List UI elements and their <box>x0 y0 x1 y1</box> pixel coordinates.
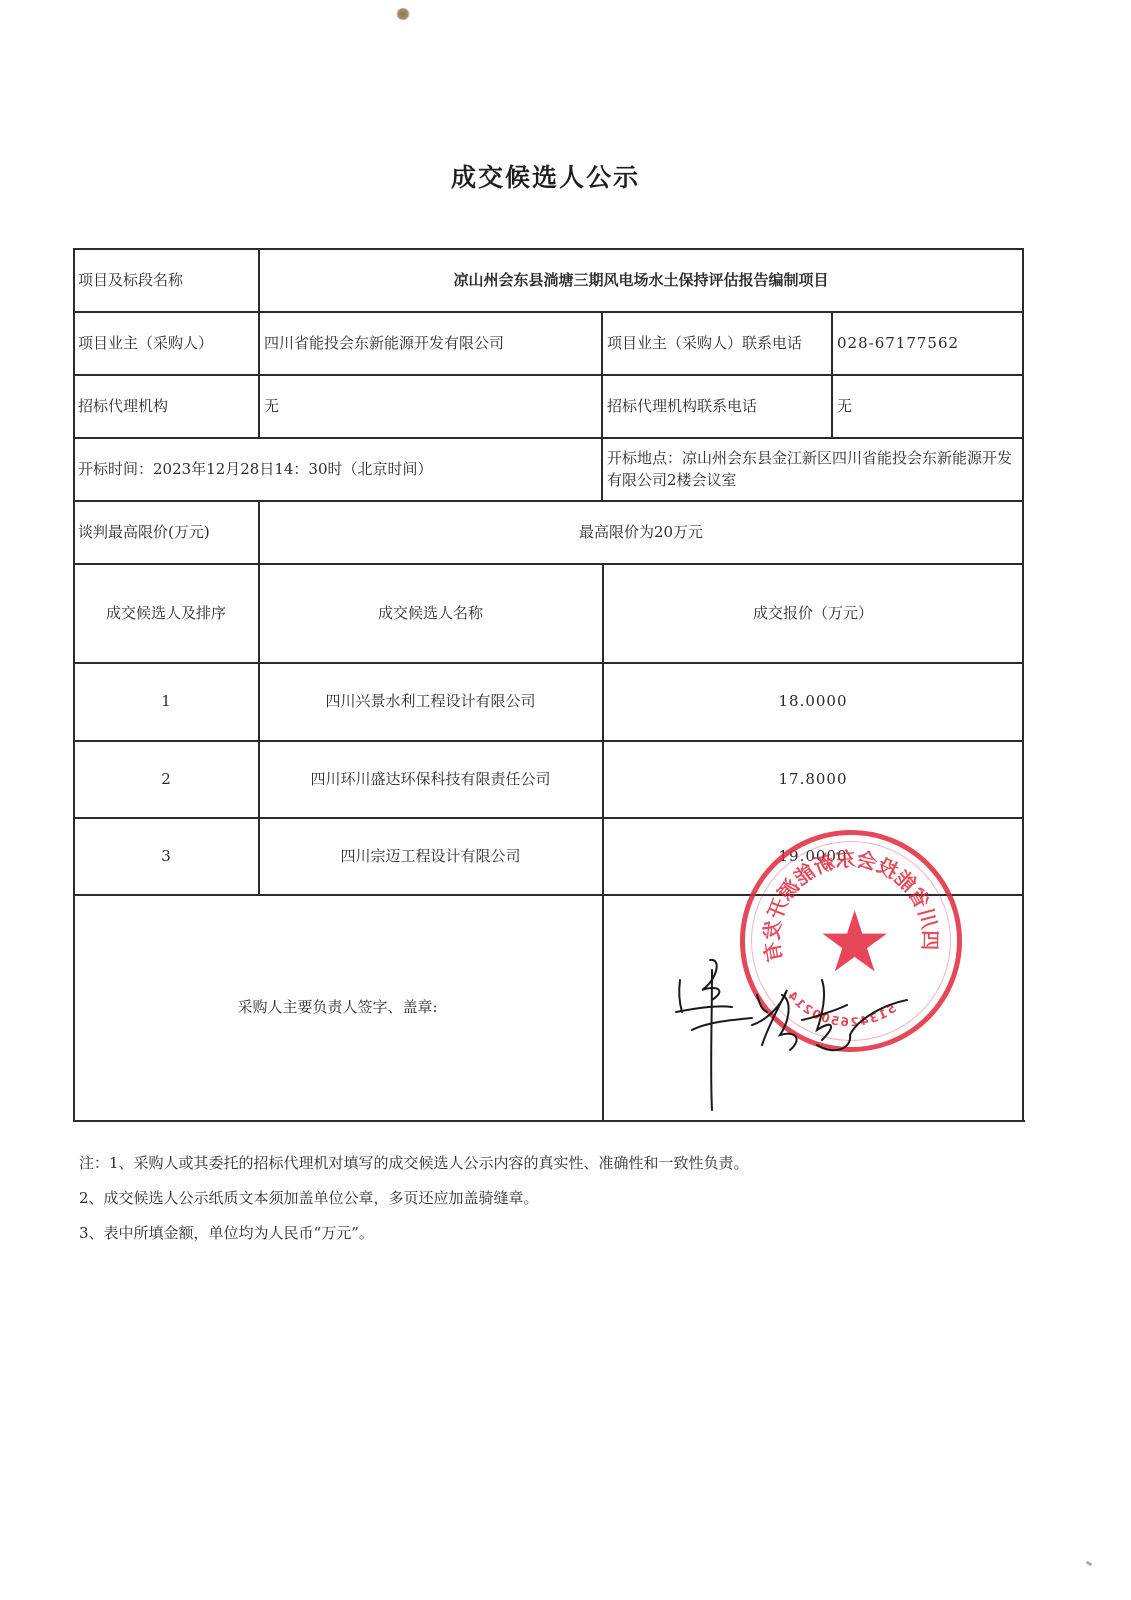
notes-section: 注：1、采购人或其委托的招标代理机对填写的成交候选人公示内容的真实性、准确性和一… <box>79 1146 749 1251</box>
owner-phone-label: 项目业主（采购人）联系电话 <box>602 311 832 374</box>
candidate-rank: 3 <box>73 817 259 894</box>
candidate-price: 17.8000 <box>603 740 1023 817</box>
header-price: 成交报价（万元） <box>603 563 1023 662</box>
candidate-rank: 1 <box>73 662 259 740</box>
candidate-name: 四川环川盛达环保科技有限责任公司 <box>259 740 602 817</box>
agency-label: 招标代理机构 <box>73 374 259 437</box>
owner-phone-value: 028-67177562 <box>832 311 1022 374</box>
document-title: 成交候选人公示 <box>0 158 1091 194</box>
open-place: 开标地点：凉山州会东县金江新区四川省能投会东新能源开发有限公司2楼会议室 <box>602 437 1022 500</box>
agency-phone-label: 招标代理机构联系电话 <box>602 374 832 437</box>
agency-value: 无 <box>259 374 601 437</box>
scan-speck <box>396 8 410 20</box>
header-name: 成交候选人名称 <box>259 563 602 662</box>
agency-phone-value: 无 <box>832 374 1022 437</box>
table-border <box>75 1120 1025 1122</box>
candidate-price: 18.0000 <box>603 662 1023 740</box>
scan-speck <box>1086 1561 1093 1567</box>
max-price-label: 谈判最高限价(万元) <box>73 500 259 563</box>
note-item: 2、成交候选人公示纸质文本须加盖单位公章，多页还应加盖骑缝章。 <box>79 1181 749 1216</box>
owner-label: 项目业主（采购人） <box>73 311 259 374</box>
header-rank: 成交候选人及排序 <box>73 563 259 662</box>
signature-label: 采购人主要负责人签字、盖章: <box>73 894 602 1120</box>
project-name-value: 凉山州会东县淌塘三期风电场水土保持评估报告编制项目 <box>259 248 1023 311</box>
handwritten-signature <box>672 950 932 1120</box>
note-item: 3、表中所填金额，单位均为人民币“万元”。 <box>79 1216 749 1251</box>
max-price-value: 最高限价为20万元 <box>259 500 1023 563</box>
owner-value: 四川省能投会东新能源开发有限公司 <box>259 311 601 374</box>
candidate-name: 四川兴景水利工程设计有限公司 <box>259 662 602 740</box>
candidate-rank: 2 <box>73 740 259 817</box>
project-name-label: 项目及标段名称 <box>73 248 259 311</box>
open-time: 开标时间：2023年12月28日14：30时（北京时间） <box>73 437 601 500</box>
candidate-name: 四川宗迈工程设计有限公司 <box>259 817 602 894</box>
note-item: 注：1、采购人或其委托的招标代理机对填写的成交候选人公示内容的真实性、准确性和一… <box>79 1146 749 1181</box>
